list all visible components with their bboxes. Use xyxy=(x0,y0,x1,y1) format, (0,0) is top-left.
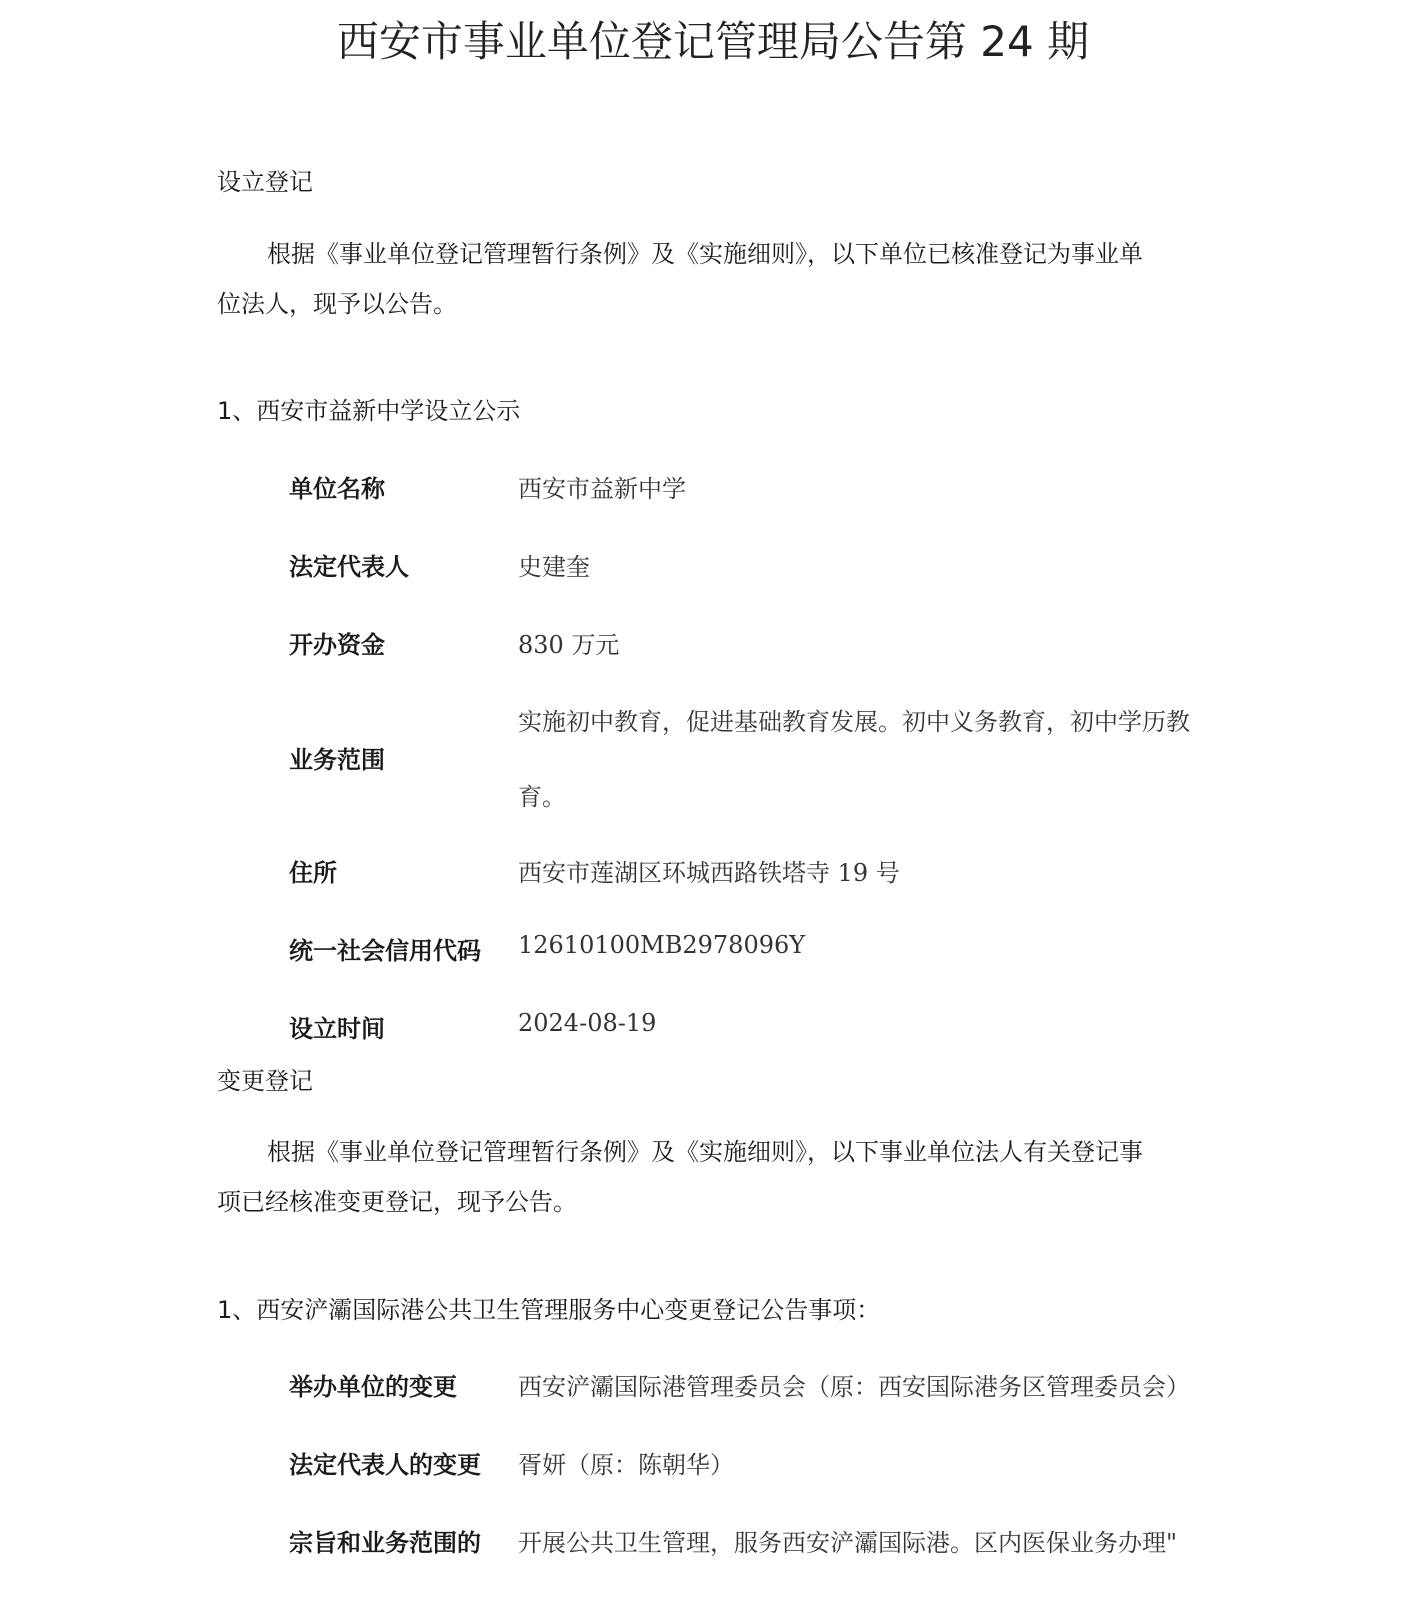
change-intro: 根据《事业单位登记管理暂行条例》及《实施细则》，以下事业单位法人有关登记事 项已… xyxy=(217,1127,1207,1227)
field-value-scope-line1: 实施初中教育，促进基础教育发展。初中义务教育，初中学历教 xyxy=(518,702,1190,737)
field-label-credit-code: 统一社会信用代码 xyxy=(289,931,481,966)
field-label-established-date: 设立时间 xyxy=(289,1009,385,1044)
field-value-address: 西安市莲湖区环城西路铁塔寺 19 号 xyxy=(518,853,900,888)
change-item-title: 1、西安浐灞国际港公共卫生管理服务中心变更登记公告事项： xyxy=(217,1290,880,1325)
field-value-unit-name: 西安市益新中学 xyxy=(518,469,686,504)
field-value-legal-rep: 史建奎 xyxy=(518,547,590,582)
field-label-address: 住所 xyxy=(289,853,337,888)
field-value-sponsor-change: 西安浐灞国际港管理委员会（原：西安国际港务区管理委员会） xyxy=(518,1367,1190,1402)
establishment-intro: 根据《事业单位登记管理暂行条例》及《实施细则》，以下单位已核准登记为事业单 位法… xyxy=(217,229,1207,329)
section-heading-establishment: 设立登记 xyxy=(217,162,313,197)
establishment-item-title: 1、西安市益新中学设立公示 xyxy=(217,391,520,426)
field-value-credit-code: 12610100MB2978096Y xyxy=(518,931,805,959)
section-heading-change: 变更登记 xyxy=(217,1061,313,1096)
field-value-funds: 830 万元 xyxy=(518,625,619,660)
field-value-scope-line2: 育。 xyxy=(518,777,566,812)
field-label-sponsor-change: 举办单位的变更 xyxy=(289,1367,457,1402)
field-value-established-date: 2024-08-19 xyxy=(518,1009,656,1037)
field-label-funds: 开办资金 xyxy=(289,625,385,660)
field-label-scope-change: 宗旨和业务范围的 xyxy=(289,1523,481,1558)
field-label-scope: 业务范围 xyxy=(289,740,385,775)
field-label-unit-name: 单位名称 xyxy=(289,469,385,504)
field-label-legal-rep: 法定代表人 xyxy=(289,547,409,582)
field-label-legal-rep-change: 法定代表人的变更 xyxy=(289,1445,481,1480)
document-title: 西安市事业单位登记管理局公告第 24 期 xyxy=(0,14,1426,70)
field-value-legal-rep-change: 胥妍（原：陈朝华） xyxy=(518,1445,734,1480)
field-value-scope-change: 开展公共卫生管理，服务西安浐灞国际港。区内医保业务办理" xyxy=(518,1523,1177,1558)
